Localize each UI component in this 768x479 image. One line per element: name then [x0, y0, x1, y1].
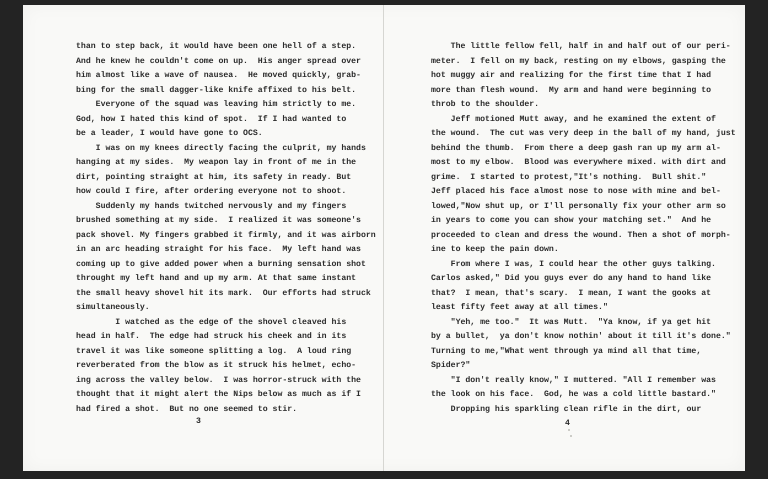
scan-speck — [568, 429, 570, 431]
text-line: that? I mean, that's scary. I mean, I wa… — [431, 287, 739, 302]
text-line: travel it was like someone splitting a l… — [76, 345, 376, 360]
text-line: Carlos asked," Did you guys ever do any … — [431, 272, 739, 287]
page-right: The little fellow fell, half in and half… — [383, 5, 745, 471]
text-line: simultaneously. — [76, 301, 376, 316]
text-line: I watched as the edge of the shovel clea… — [76, 316, 376, 331]
scan-speck — [570, 435, 572, 437]
text-line: coming up to give added power when a bur… — [76, 258, 376, 273]
text-line: Dropping his sparkling clean rifle in th… — [431, 403, 739, 418]
text-line: throb to the shoulder. — [431, 98, 739, 113]
text-line: ine to keep the pain down. — [431, 243, 739, 258]
text-line: least fifty feet away at all times." — [431, 301, 739, 316]
text-line: Turning to me,"What went through ya mind… — [431, 345, 739, 360]
page-number-right: 4 — [565, 419, 570, 428]
text-line: The little fellow fell, half in and half… — [431, 40, 739, 55]
text-line: hanging at my sides. My weapon lay in fr… — [76, 156, 376, 171]
text-line: pack shovel. My fingers grabbed it firml… — [76, 229, 376, 244]
text-line: be a leader, I would have gone to OCS. — [76, 127, 376, 142]
text-line: God, how I hated this kind of spot. If I… — [76, 113, 376, 128]
text-line: Jeff motioned Mutt away, and he examined… — [431, 113, 739, 128]
text-line: thought that it might alert the Nips bel… — [76, 388, 376, 403]
text-line: the look on his face. God, he was a cold… — [431, 388, 739, 403]
text-line: the wound. The cut was very deep in the … — [431, 127, 739, 142]
text-line: had fired a shot. But no one seemed to s… — [76, 403, 376, 418]
text-line: lowed,"Now shut up, or I'll personally f… — [431, 200, 739, 215]
text-line: how could I fire, after ordering everyon… — [76, 185, 376, 200]
text-line: behind the thumb. From there a deep gash… — [431, 142, 739, 157]
text-line: the small heavy shovel hit its mark. Our… — [76, 287, 376, 302]
scanned-document: than to step back, it would have been on… — [23, 5, 745, 471]
text-line: "I don't really know," I muttered. "All … — [431, 374, 739, 389]
page-right-text: The little fellow fell, half in and half… — [431, 40, 739, 417]
text-line: throught my left hand and up my arm. At … — [76, 272, 376, 287]
text-line: I was on my knees directly facing the cu… — [76, 142, 376, 157]
text-line: in an arc heading straight for his face.… — [76, 243, 376, 258]
page-left-text: than to step back, it would have been on… — [76, 40, 376, 417]
text-line: most to my elbow. Blood was everywhere m… — [431, 156, 739, 171]
text-line: reverberated from the blow as it struck … — [76, 359, 376, 374]
text-line: in years to come you can show your match… — [431, 214, 739, 229]
text-line: more than flesh wound. My arm and hand w… — [431, 84, 739, 99]
text-line: brushed something at my side. I realized… — [76, 214, 376, 229]
text-line: grime. I started to protest,"It's nothin… — [431, 171, 739, 186]
text-line: by a bullet, ya don't know nothin' about… — [431, 330, 739, 345]
text-line: proceeded to clean and dress the wound. … — [431, 229, 739, 244]
text-line: Suddenly my hands twitched nervously and… — [76, 200, 376, 215]
text-line: than to step back, it would have been on… — [76, 40, 376, 55]
text-line: dirt, pointing straight at him, its safe… — [76, 171, 376, 186]
text-line: ing across the valley below. I was horro… — [76, 374, 376, 389]
text-line: "Yeh, me too." It was Mutt. "Ya know, if… — [431, 316, 739, 331]
text-line: Jeff placed his face almost nose to nose… — [431, 185, 739, 200]
text-line: him almost like a wave of nausea. He mov… — [76, 69, 376, 84]
page-left: than to step back, it would have been on… — [23, 5, 383, 471]
text-line: head in half. The edge had struck his ch… — [76, 330, 376, 345]
text-line: hot muggy air and realizing for the firs… — [431, 69, 739, 84]
text-line: Everyone of the squad was leaving him st… — [76, 98, 376, 113]
page-number-left: 3 — [196, 417, 201, 426]
text-line: From where I was, I could hear the other… — [431, 258, 739, 273]
text-line: And he knew he couldn't come on up. His … — [76, 55, 376, 70]
text-line: bing for the small dagger-like knife aff… — [76, 84, 376, 99]
text-line: meter. I fell on my back, resting on my … — [431, 55, 739, 70]
text-line: Spider?" — [431, 359, 739, 374]
